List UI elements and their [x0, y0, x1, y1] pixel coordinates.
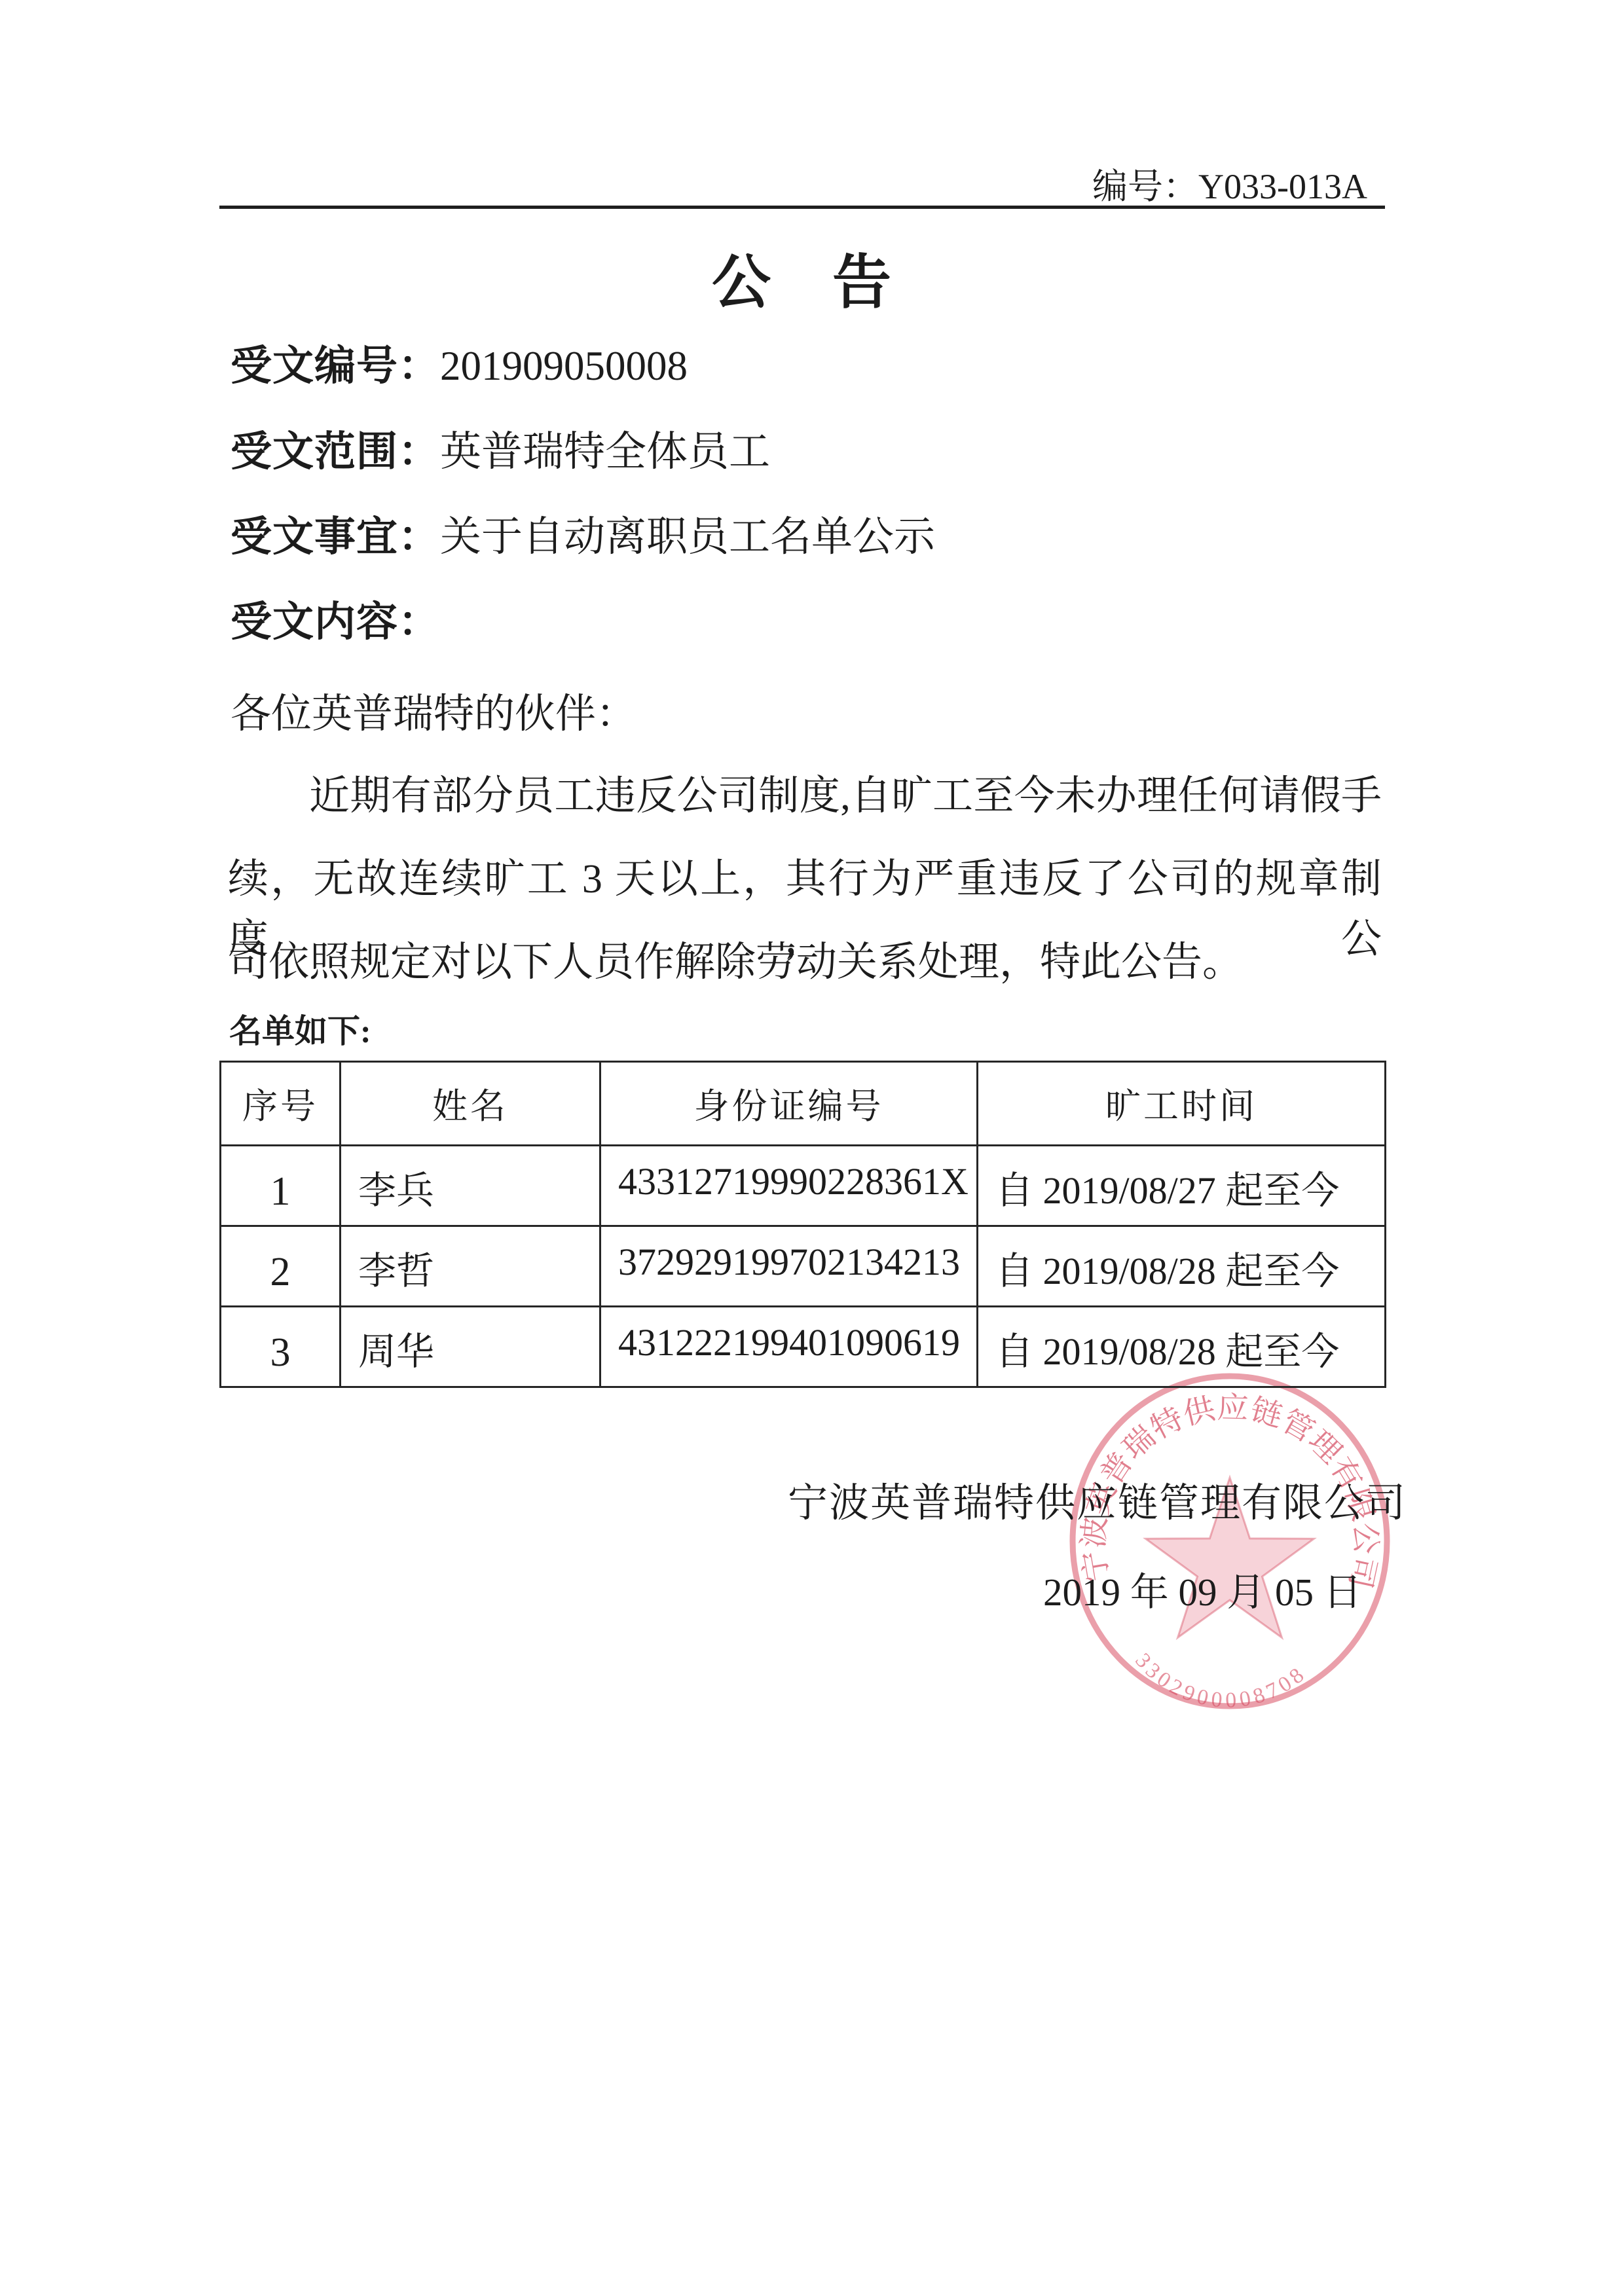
dismissed-employees-table: 序号 姓名 身份证编号 旷工时间 1 李兵 43312719990228361X… [219, 1061, 1386, 1388]
svg-text:3302900008708: 3302900008708 [1130, 1649, 1312, 1712]
field-subject-label: 受文事宜： [231, 514, 440, 560]
field-subject: 受文事宜：关于自动离职员工名单公示 [231, 503, 935, 563]
doc-title: 公 告 [219, 234, 1385, 319]
header-index: 序号 [221, 1062, 341, 1146]
field-doc-number-value: 201909050008 [440, 343, 688, 389]
field-scope-label: 受文范围： [231, 429, 440, 475]
field-subject-value: 关于自动离职员工名单公示 [440, 514, 935, 560]
field-doc-number: 受文编号：201909050008 [231, 333, 688, 392]
paragraph-line: 近期有部分员工违反公司制度,自旷工至今未办理任何请假手 [228, 766, 1382, 849]
header-id-number: 身份证编号 [600, 1062, 978, 1146]
list-intro: 名单如下: [229, 1005, 371, 1052]
header-rule [219, 206, 1385, 209]
field-content: 受文内容： [231, 589, 440, 648]
table-header-row: 序号 姓名 身份证编号 旷工时间 [221, 1062, 1386, 1146]
header-name: 姓名 [341, 1062, 600, 1146]
company-seal: 宁波英普瑞特供应链管理有限公司 3302900008708 [1058, 1363, 1401, 1722]
cell-absence-period: 自 2019/08/28 起至今 [978, 1226, 1386, 1307]
salutation: 各位英普瑞特的伙伴： [231, 681, 637, 739]
doc-ref-value: Y033-013A [1198, 167, 1367, 206]
cell-absence-period: 自 2019/08/27 起至今 [978, 1146, 1386, 1226]
signature-date: 2019 年 09 月 05 日 [1043, 1561, 1362, 1616]
field-content-label: 受文内容： [231, 599, 440, 645]
cell-name: 李哲 [341, 1226, 600, 1307]
table-row: 3 周华 431222199401090619 自 2019/08/28 起至今 [221, 1307, 1386, 1387]
body-paragraph: 近期有部分员工违反公司制度,自旷工至今未办理任何请假手 续，无故连续旷工 3 天… [228, 766, 1382, 1015]
cell-index: 1 [221, 1146, 341, 1226]
field-scope: 受文范围：英普瑞特全体员工 [231, 418, 770, 478]
paragraph-line: 司依照规定对以下人员作解除劳动关系处理，特此公告。 [228, 932, 1382, 1015]
cell-id-number: 431222199401090619 [600, 1307, 978, 1387]
doc-ref-label: 编号： [1092, 167, 1198, 206]
seal-number: 3302900008708 [1130, 1649, 1312, 1712]
cell-id-number: 372929199702134213 [600, 1226, 978, 1307]
cell-index: 2 [221, 1226, 341, 1307]
field-doc-number-label: 受文编号： [231, 343, 440, 389]
header-absence-period: 旷工时间 [978, 1062, 1386, 1146]
doc-ref: 编号：Y033-013A [1092, 158, 1367, 209]
cell-absence-period: 自 2019/08/28 起至今 [978, 1307, 1386, 1387]
cell-name: 周华 [341, 1307, 600, 1387]
company-signature: 宁波英普瑞特供应链管理有限公司 [788, 1471, 1407, 1528]
cell-name: 李兵 [341, 1146, 600, 1226]
table-row: 1 李兵 43312719990228361X 自 2019/08/27 起至今 [221, 1146, 1386, 1226]
field-scope-value: 英普瑞特全体员工 [440, 429, 770, 475]
announcement-page: 宁波英普瑞特供应链管理有限公司 3302900008708 编号：Y033-01… [0, 0, 1624, 2296]
cell-index: 3 [221, 1307, 341, 1387]
paragraph-line: 续，无故连续旷工 3 天以上，其行为严重违反了公司的规章制度，公 [228, 849, 1382, 932]
cell-id-number: 43312719990228361X [600, 1146, 978, 1226]
table-row: 2 李哲 372929199702134213 自 2019/08/28 起至今 [221, 1226, 1386, 1307]
